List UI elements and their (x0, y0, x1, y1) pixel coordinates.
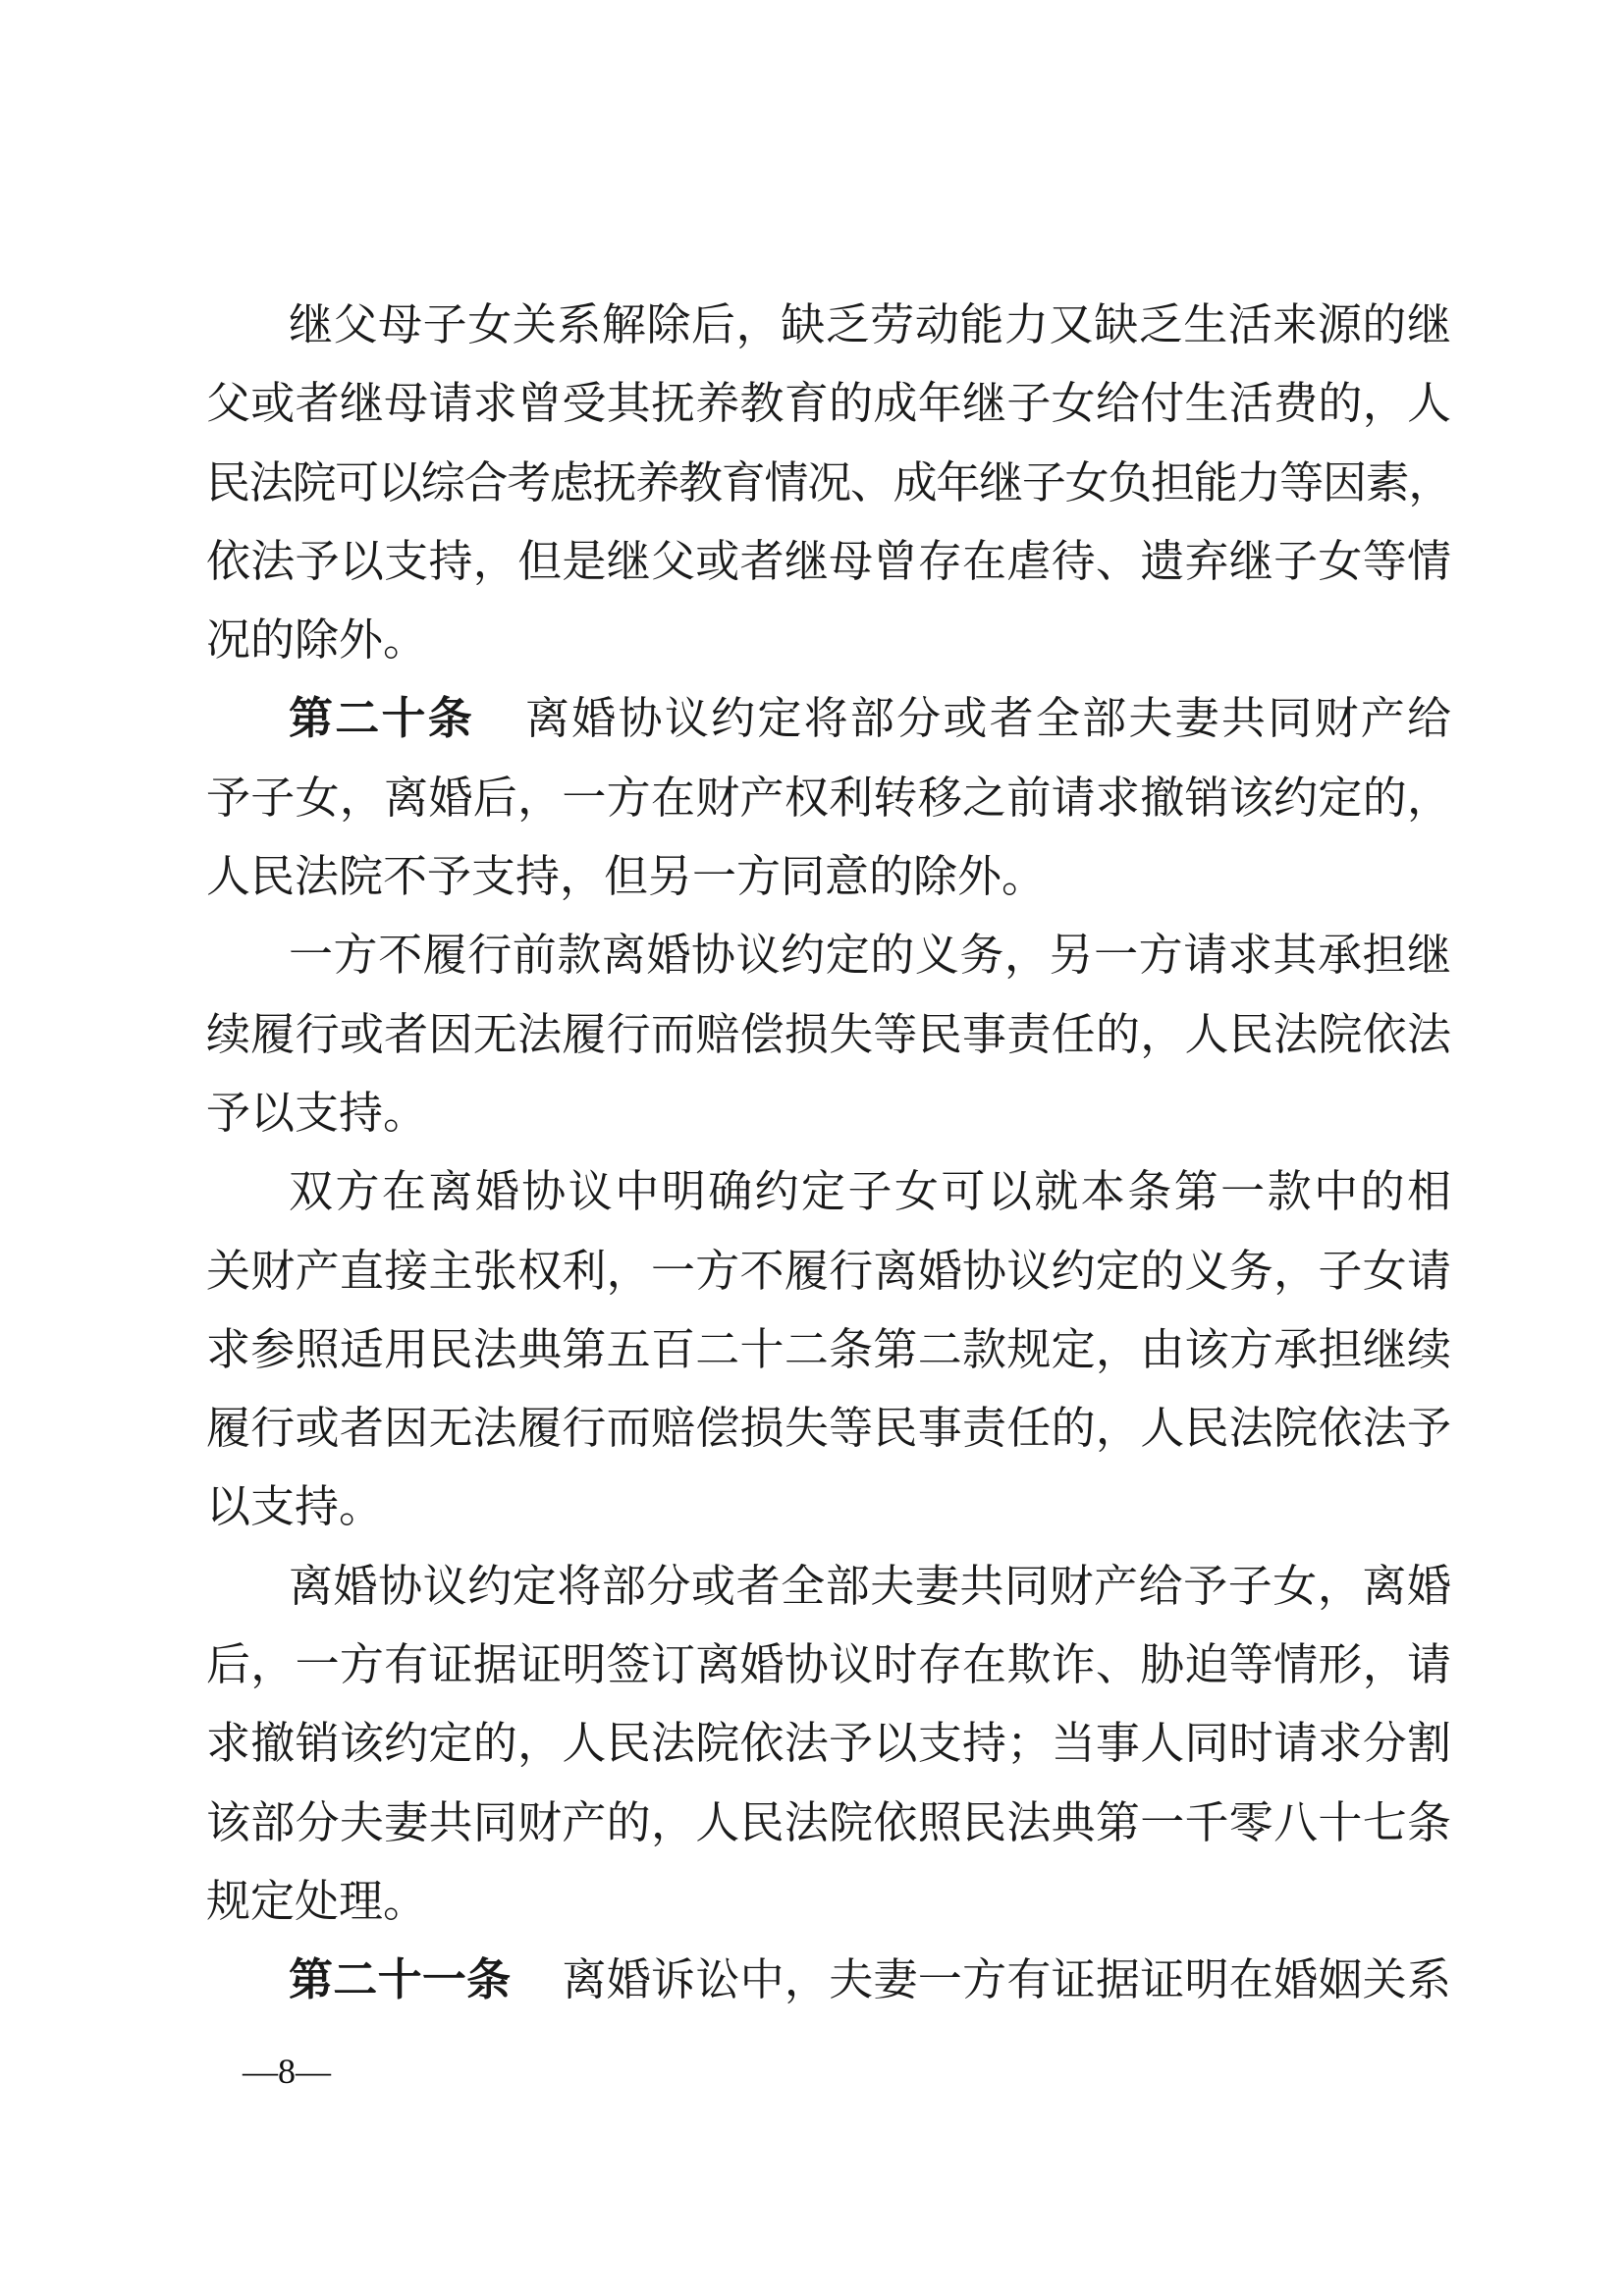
paragraph-line: 继父母子女关系解除后，缺乏劳动能力又缺乏生活来源的继 (206, 286, 1451, 364)
article-number: 第二十条 (289, 694, 474, 743)
article-line: 第二十条离婚协议约定将部分或者全部夫妻共同财产给 (206, 679, 1451, 758)
paragraph-line: 父或者继母请求曾受其抚养教育的成年继子女给付生活费的，人 (206, 364, 1451, 443)
page-number: —8— (243, 2050, 331, 2093)
paragraph-line: 民法院可以综合考虑抚养教育情况、成年继子女负担能力等因素， (206, 444, 1451, 522)
paragraph-line: 人民法院不予支持，但另一方同意的除外。 (206, 837, 1451, 916)
paragraph-line: 离婚协议约定将部分或者全部夫妻共同财产给予子女，离婚 (206, 1547, 1451, 1626)
paragraph-line: 履行或者因无法履行而赔偿损失等民事责任的，人民法院依法予 (206, 1389, 1451, 1468)
paragraph-line: 予以支持。 (206, 1074, 1451, 1152)
article-text: 离婚诉讼中，夫妻一方有证据证明在婚姻关系 (562, 1955, 1451, 2004)
paragraph-line: 求撤销该约定的，人民法院依法予以支持；当事人同时请求分割 (206, 1704, 1451, 1783)
paragraph-line: 后，一方有证据证明签订离婚协议时存在欺诈、胁迫等情形，请 (206, 1626, 1451, 1704)
document-page: 继父母子女关系解除后，缺乏劳动能力又缺乏生活来源的继 父或者继母请求曾受其抚养教… (0, 0, 1624, 2296)
paragraph-line: 规定处理。 (206, 1862, 1451, 1941)
paragraph-line: 关财产直接主张权利，一方不履行离婚协议约定的义务，子女请 (206, 1232, 1451, 1310)
article-text: 离婚协议约定将部分或者全部夫妻共同财产给 (525, 694, 1451, 743)
article-line: 第二十一条离婚诉讼中，夫妻一方有证据证明在婚姻关系 (206, 1941, 1451, 2019)
paragraph-line: 予子女，离婚后，一方在财产权利转移之前请求撤销该约定的， (206, 759, 1451, 837)
paragraph-line: 双方在离婚协议中明确约定子女可以就本条第一款中的相 (206, 1152, 1451, 1231)
paragraph-line: 求参照适用民法典第五百二十二条第二款规定，由该方承担继续 (206, 1310, 1451, 1389)
paragraph-line: 一方不履行前款离婚协议约定的义务，另一方请求其承担继 (206, 916, 1451, 994)
paragraph-line: 续履行或者因无法履行而赔偿损失等民事责任的，人民法院依法 (206, 995, 1451, 1074)
paragraph-line: 依法予以支持，但是继父或者继母曾存在虐待、遗弃继子女等情 (206, 522, 1451, 601)
paragraph-line: 以支持。 (206, 1468, 1451, 1546)
paragraph-line: 该部分夫妻共同财产的，人民法院依照民法典第一千零八十七条 (206, 1784, 1451, 1862)
document-body: 继父母子女关系解除后，缺乏劳动能力又缺乏生活来源的继 父或者继母请求曾受其抚养教… (206, 286, 1451, 2020)
paragraph-line: 况的除外。 (206, 601, 1451, 679)
article-number: 第二十一条 (289, 1955, 511, 2004)
